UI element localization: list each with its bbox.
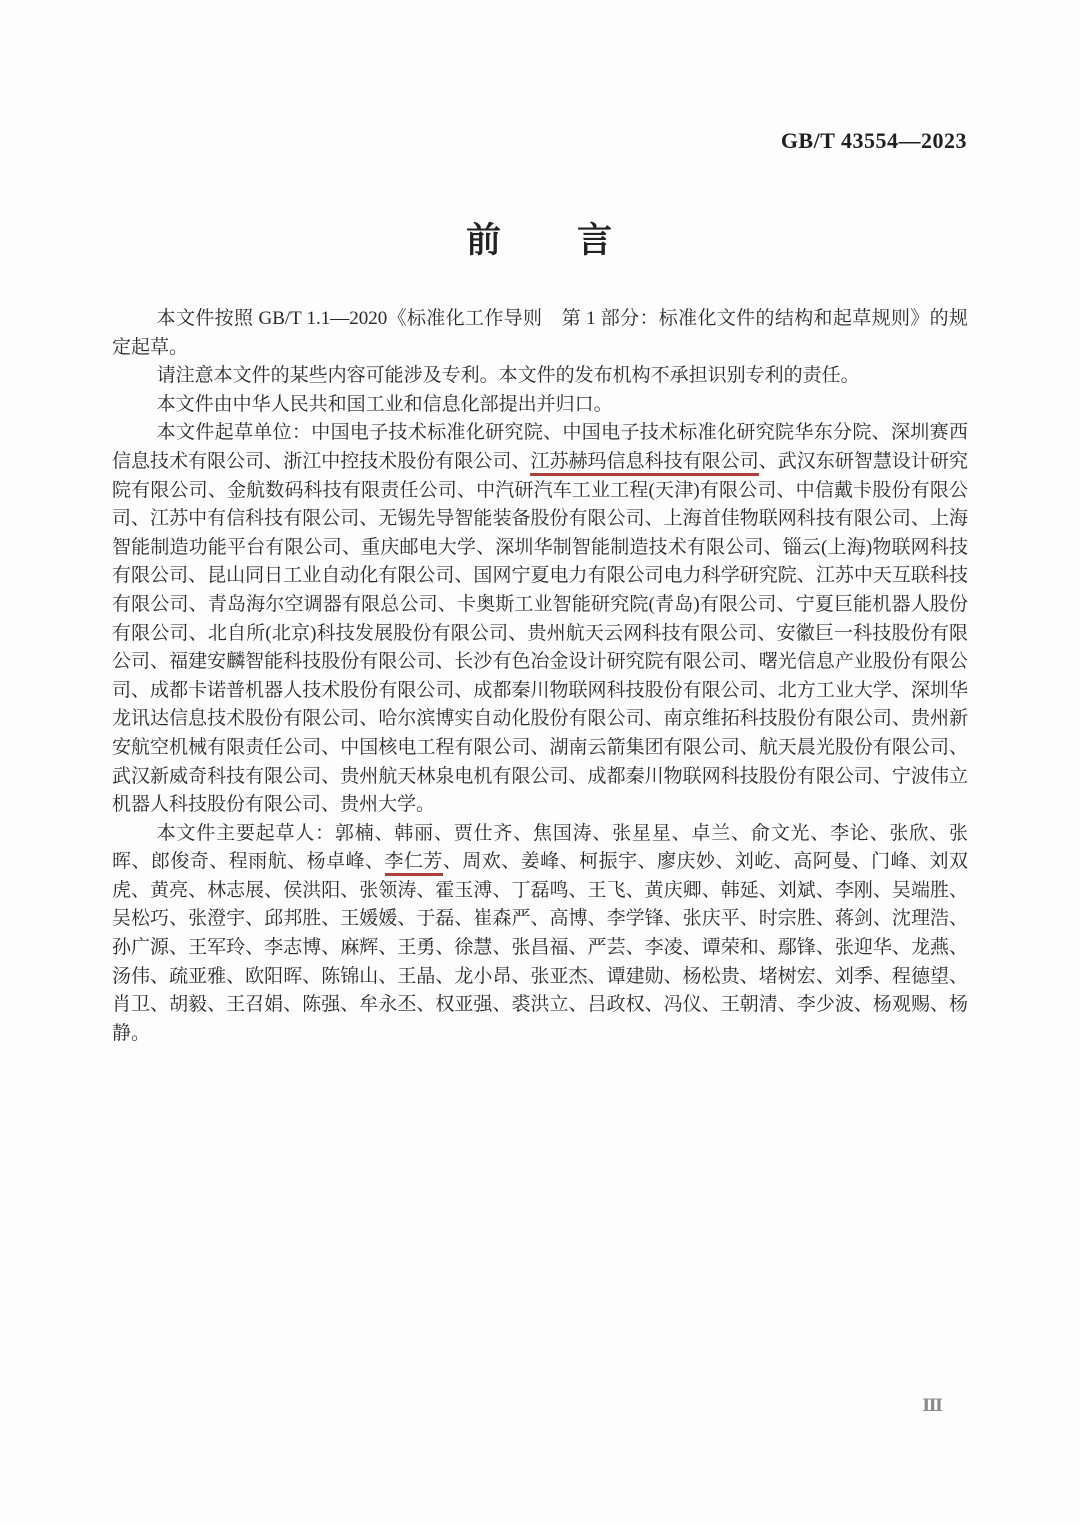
text-segment: 请注意本文件的某些内容可能涉及专利。本文件的发布机构不承担识别专利的责任。	[157, 365, 860, 386]
red-underlined-text: 李仁芳	[385, 851, 443, 876]
text-segment: 本文件由中华人民共和国工业和信息化部提出并归口。	[157, 394, 613, 415]
red-underlined-text: 江苏赫玛信息科技有限公司	[530, 451, 758, 476]
text-segment: 、周欢、姜峰、柯振宇、廖庆妙、刘屹、高阿曼、门峰、刘双虎、黄亮、林志展、侯洪阳、…	[112, 851, 968, 1044]
text-segment: 本文件按照 GB/T 1.1—2020《标准化工作导则 第 1 部分：标准化文件…	[112, 308, 968, 358]
document-page: GB/T 43554—2023 前 言 本文件按照 GB/T 1.1—2020《…	[0, 0, 1080, 1525]
paragraph: 本文件由中华人民共和国工业和信息化部提出并归口。	[112, 391, 968, 420]
text-segment: 、武汉东研智慧设计研究院有限公司、金航数码科技有限责任公司、中汽研汽车工业工程(…	[112, 451, 968, 815]
standard-number-header: GB/T 43554—2023	[781, 128, 967, 154]
paragraph: 请注意本文件的某些内容可能涉及专利。本文件的发布机构不承担识别专利的责任。	[112, 362, 968, 391]
paragraph: 本文件主要起草人：郭楠、韩丽、贾仕齐、焦国涛、张星星、卓兰、俞文光、李论、张欣、…	[112, 820, 968, 1049]
page-title: 前 言	[0, 213, 1080, 263]
foreword-body: 本文件按照 GB/T 1.1—2020《标准化工作导则 第 1 部分：标准化文件…	[112, 305, 968, 1048]
paragraph: 本文件起草单位：中国电子技术标准化研究院、中国电子技术标准化研究院华东分院、深圳…	[112, 419, 968, 819]
page-number: Ⅲ	[922, 1396, 944, 1416]
paragraph: 本文件按照 GB/T 1.1—2020《标准化工作导则 第 1 部分：标准化文件…	[112, 305, 968, 362]
